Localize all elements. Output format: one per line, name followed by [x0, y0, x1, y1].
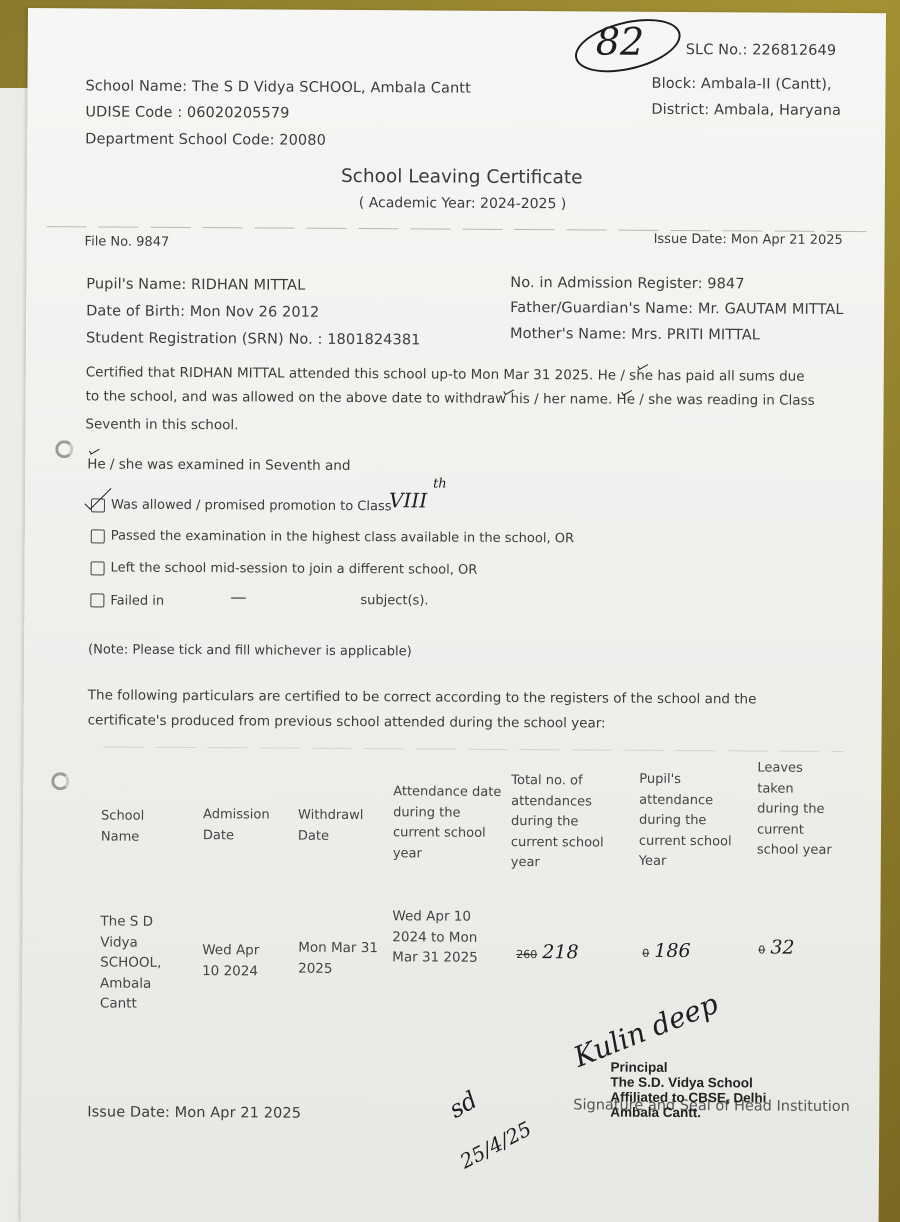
date-of-birth: Date of Birth: Mon Nov 26 2012: [86, 303, 319, 320]
udise-code: UDISE Code : 06020205579: [85, 104, 289, 121]
col-header-total-attendances: Total no. of attendances during the curr…: [511, 771, 622, 874]
handwritten-initials: sd: [444, 1086, 482, 1124]
col-header-withdrawal-date: Withdrawl Date: [298, 806, 378, 847]
stamp-line: Principal: [610, 1060, 766, 1076]
department-school-code: Department School Code: 20080: [85, 131, 326, 148]
certificate-sheet: 82 School Name: The S D Vidya SCHOOL, Am…: [21, 8, 886, 1222]
col-header-admission-date: Admission Date: [203, 805, 283, 846]
handwritten-tick-examined: [89, 446, 100, 454]
father-name: Father/Guardian's Name: Mr. GAUTAM MITTA…: [510, 300, 843, 318]
punch-hole: [55, 440, 73, 458]
checkbox-failed[interactable]: [90, 593, 104, 607]
examined-statement: He / she was examined in Seventh and: [87, 456, 350, 474]
note: (Note: Please tick and fill whichever is…: [88, 642, 412, 659]
cell-withdrawal-date: Mon Mar 31 2025: [298, 938, 383, 980]
struck-printed-value: 0: [758, 943, 765, 956]
struck-printed-value: 260: [516, 948, 537, 961]
cell-school-name: The S D Vidya SCHOOL, Ambala Cantt: [100, 911, 171, 1014]
pupil-name: Pupil's Name: RIDHAN MITTAL: [86, 276, 305, 293]
admission-register-number: No. in Admission Register: 9847: [510, 275, 744, 292]
handwritten-value: 32: [770, 937, 794, 959]
srn-number: Student Registration (SRN) No. : 1801824…: [86, 330, 421, 348]
particulars-intro-1: The following particulars are certified …: [88, 687, 757, 707]
checkbox-left-mid-session[interactable]: [91, 561, 105, 575]
failed-subjects-dash: —: [230, 587, 246, 606]
handwritten-date: 25/4/25: [456, 1116, 535, 1173]
slc-number: SLC No.: 226812649: [686, 42, 837, 59]
certification-line-1: Certified that RIDHAN MITTAL attended th…: [86, 364, 805, 384]
stamp-line: Affiliated to CBSE, Delhi: [610, 1090, 766, 1106]
file-number: File No. 9847: [85, 234, 170, 250]
certification-line-3: Seventh in this school.: [85, 416, 238, 433]
struck-printed-value: 0: [642, 947, 649, 960]
cell-attendance-range: Wed Apr 10 2024 to Mon Mar 31 2025: [392, 906, 487, 968]
option-failed-label: Failed in: [110, 594, 164, 609]
issue-date-top: Issue Date: Mon Apr 21 2025: [654, 232, 843, 248]
academic-year: ( Academic Year: 2024-2025 ): [359, 195, 567, 212]
col-header-leaves-taken: Leaves taken during the current school y…: [757, 758, 838, 861]
cell-pupil-attendance: 0 186: [642, 940, 690, 962]
particulars-intro-2: certificate's produced from previous sch…: [88, 712, 606, 731]
option-passed-highest-label: Passed the examination in the highest cl…: [111, 529, 574, 547]
school-name: School Name: The S D Vidya SCHOOL, Ambal…: [85, 78, 470, 96]
handwritten-page-number: 82: [596, 19, 645, 63]
option-promotion-label: Was allowed / promised promotion to Clas…: [111, 498, 392, 515]
handwritten-value: 218: [542, 941, 578, 963]
cell-total-attendances: 260 218: [516, 941, 578, 963]
handwritten-promotion-class: VIII: [389, 488, 427, 512]
col-header-pupil-attendance: Pupil's attendance during the current sc…: [639, 770, 740, 873]
option-failed-suffix: subject(s).: [360, 593, 428, 608]
cell-leaves-taken: 0 32: [758, 936, 794, 958]
checkbox-passed-highest[interactable]: [91, 529, 105, 543]
district: District: Ambala, Haryana: [651, 102, 841, 119]
stamp-line: The S.D. Vidya School: [610, 1075, 766, 1091]
handwritten-value: 186: [654, 940, 690, 962]
cell-admission-date: Wed Apr 10 2024: [202, 940, 272, 981]
block: Block: Ambala-II (Cantt),: [651, 76, 831, 93]
option-left-mid-session-label: Left the school mid-session to join a di…: [111, 561, 478, 578]
certificate-title: School Leaving Certificate: [341, 166, 583, 188]
col-header-school-name: School Name: [101, 806, 171, 847]
mother-name: Mother's Name: Mrs. PRITI MITTAL: [510, 326, 760, 344]
punch-hole: [51, 772, 69, 790]
certification-line-2: to the school, and was allowed on the ab…: [86, 388, 815, 408]
handwritten-class-suffix: th: [433, 476, 447, 491]
issue-date-bottom: Issue Date: Mon Apr 21 2025: [87, 1104, 301, 1121]
table-top-border: [103, 746, 843, 752]
col-header-attendance-dates: Attendance date during the current schoo…: [393, 782, 503, 865]
divider: [47, 226, 867, 232]
stamp-line: Ambala Cantt.: [610, 1105, 766, 1121]
school-stamp: Principal The S.D. Vidya School Affiliat…: [610, 1060, 766, 1121]
